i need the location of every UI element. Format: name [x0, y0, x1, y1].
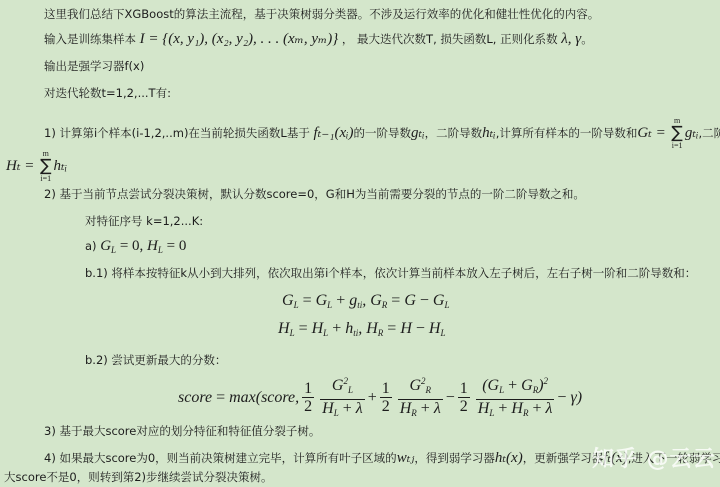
step1-G-formula: Gₜ =: [637, 125, 665, 141]
step4-w-formula: wₜⱼ: [397, 450, 415, 466]
step1-text-3: ，二阶导数: [425, 126, 483, 140]
step1-text-2: 的一阶导数: [354, 126, 412, 140]
step1-H-term: hₜᵢ: [54, 158, 68, 174]
step4-h-formula: hₜ(x): [495, 450, 523, 466]
step3-paragraph: 3) 基于最大score对应的划分特征和特征值分裂子树。: [44, 423, 320, 439]
input-end: 。: [581, 32, 593, 46]
input-prefix: 输入是训练集样本: [44, 32, 136, 46]
step-a-paragraph: a) GL = 0, HL = 0: [85, 238, 186, 258]
step-a-label: a): [85, 239, 97, 253]
watermark: 知乎 @云云: [592, 442, 716, 473]
sum-operator: m∑i=1: [671, 117, 682, 150]
step4-continuation: 大score不是0，则转到第2)步继续尝试分裂决策树。: [4, 469, 273, 485]
step4-text-2: ，得到弱学习器: [414, 451, 495, 465]
step1-H-formula: Hₜ =: [6, 158, 34, 174]
step-b1-paragraph: b.1) 将样本按特征k从小到大排列，依次取出第i个样本，依次计算当前样本放入左…: [85, 265, 696, 281]
intro-paragraph: 这里我们总结下XGBoost的算法主流程，基于决策树弱分类器。不涉及运行效率的优…: [44, 6, 599, 22]
score-equation: score = max(score, 12 G2LHL + λ + 12 G2R…: [178, 373, 582, 422]
input-set-formula: I = {(x, y₁), (x₂, y₂), . . . (xₘ, yₘ)}: [140, 31, 339, 47]
sum-operator: m∑i=1: [40, 150, 51, 183]
step1-H-line: Hₜ = m∑i=1hₜᵢ: [6, 150, 67, 183]
step1-G-term: gₜᵢ: [685, 125, 699, 141]
input-paragraph: 输入是训练集样本 I = {(x, y₁), (x₂, y₂), . . . (…: [44, 31, 593, 47]
step4-text: 4) 如果最大score为0，则当前决策树建立完毕，计算所有叶子区域的: [44, 451, 397, 465]
feature-loop-paragraph: 对特征序号 k=1,2...K:: [85, 213, 203, 229]
equation-H: HL = HL + hti, HR = H − HL: [278, 320, 446, 338]
step1-paragraph: 1) 计算第i个样本(i-1,2,..m)在当前轮损失函数L基于 fₜ₋₁(xᵢ…: [44, 117, 720, 150]
output-paragraph: 输出是强学习器f(x): [44, 58, 144, 74]
step-a-formula: GL = 0, HL = 0: [100, 238, 186, 254]
regularization-params: λ, γ: [561, 31, 581, 47]
step-b2-paragraph: b.2) 尝试更新最大的分数：: [85, 352, 226, 368]
input-suffix: ， 最大迭代次数T, 损失函数L, 正则化系数: [342, 32, 558, 46]
loop-paragraph: 对迭代轮数t=1,2,...T有:: [44, 85, 171, 101]
step2-paragraph: 2) 基于当前节点尝试分裂决策树，默认分数score=0，G和H为当前需要分裂的…: [44, 186, 585, 202]
step1-text-5: ,二阶导数和: [698, 126, 720, 140]
step1-g-formula: gₜᵢ: [411, 125, 425, 141]
step1-text: 1) 计算第i个样本(i-1,2,..m)在当前轮损失函数L基于: [44, 126, 310, 140]
step1-h-formula: hₜᵢ: [482, 125, 496, 141]
equation-G: GL = GL + gti, GR = G − GL: [282, 292, 450, 310]
step1-f-formula: fₜ₋₁(xᵢ): [314, 125, 354, 141]
step1-text-4: ,计算所有样本的一阶导数和: [496, 126, 638, 140]
